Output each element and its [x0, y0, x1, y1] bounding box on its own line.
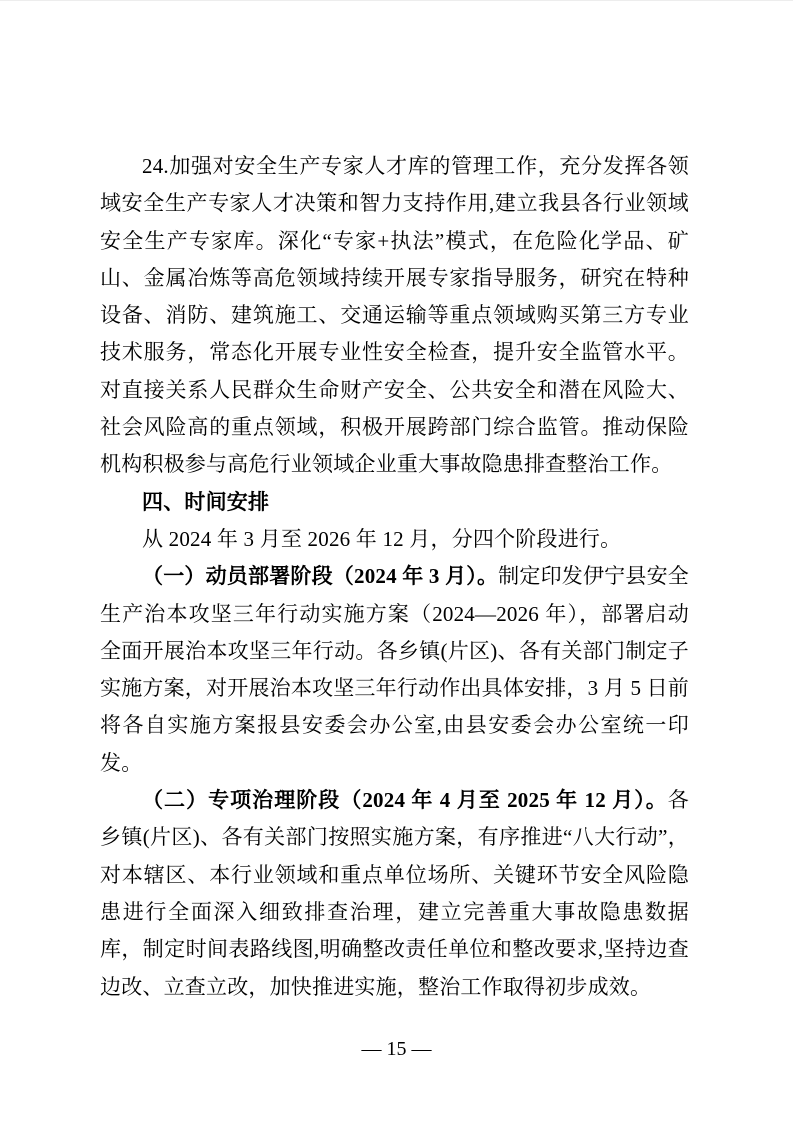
paragraph-stage-2: （二）专项治理阶段（2024 年 4 月至 2025 年 12 月）。各乡镇(片…	[100, 782, 689, 1006]
text-segment: 从 2024 年 3 月至 2026 年 12 月，分四个阶段进行。	[142, 527, 621, 551]
text-segment: （一）动员部署阶段（2024 年 3 月）。	[142, 564, 498, 588]
document-body: 24.加强对安全生产专家人才库的管理工作，充分发挥各领域安全生产专家人才决策和智…	[100, 148, 689, 1006]
text-segment: 制定印发伊宁县安全生产治本攻坚三年行动实施方案（2024—2026 年），部署启…	[100, 564, 689, 774]
paragraph-timeline-overview: 从 2024 年 3 月至 2026 年 12 月，分四个阶段进行。	[100, 521, 689, 558]
page-footer: — 15 —	[0, 1036, 793, 1062]
page-number: — 15 —	[362, 1038, 432, 1060]
text-segment: 四、时间安排	[142, 491, 269, 514]
paragraph-item-24: 24.加强对安全生产专家人才库的管理工作，充分发挥各领域安全生产专家人才决策和智…	[100, 148, 689, 484]
text-segment: （二）专项治理阶段（2024 年 4 月至 2025 年 12 月）。	[142, 788, 668, 812]
text-segment: 各乡镇(片区)、各有关部门按照实施方案，有序推进“八大行动”，对本辖区、本行业领…	[100, 788, 689, 998]
paragraph-stage-1: （一）动员部署阶段（2024 年 3 月）。制定印发伊宁县安全生产治本攻坚三年行…	[100, 558, 689, 782]
section-heading-time-arrangement: 四、时间安排	[100, 484, 689, 521]
document-page: { "document": { "paragraphs": [ { "name"…	[0, 0, 793, 1122]
text-segment: 24.加强对安全生产专家人才库的管理工作，充分发挥各领域安全生产专家人才决策和智…	[100, 154, 689, 476]
